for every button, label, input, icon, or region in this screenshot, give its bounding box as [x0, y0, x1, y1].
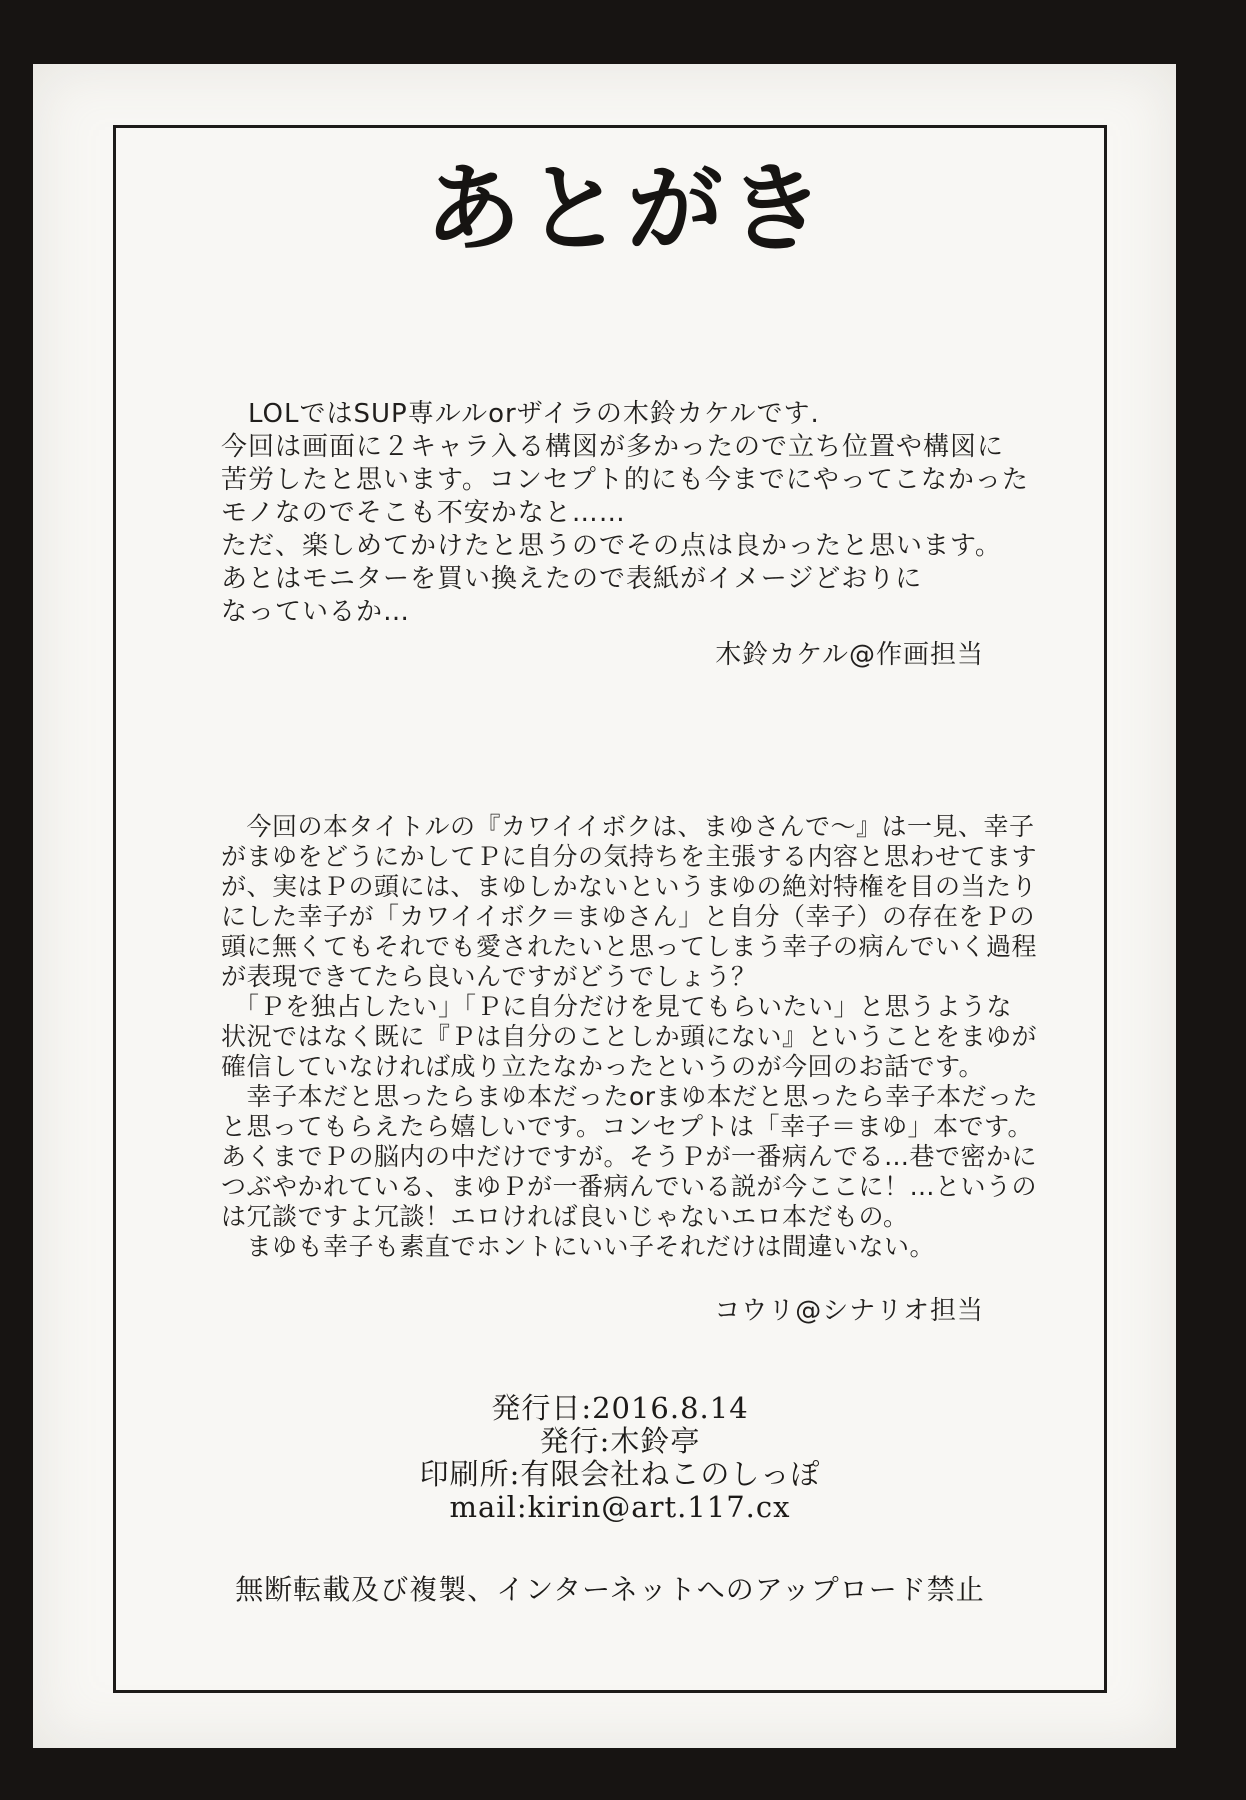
afterword-line: が、実はＰの頭には、まゆしかないというまゆの絶対特権を目の当たり — [221, 872, 1038, 902]
afterword-line: つぶやかれている、まゆＰが一番病んでいる説が今ここに！…というの — [221, 1172, 1038, 1202]
afterword-line: モノなのでそこも不安かなと…… — [221, 497, 1029, 530]
afterword-line: なっているか… — [221, 596, 1029, 629]
artist-signature: 木鈴カケル@作画担当 — [715, 634, 984, 671]
afterword-line: 今回は画面に２キャラ入る構図が多かったので立ち位置や構図に — [221, 431, 1029, 464]
afterword-line: あくまでＰの脳内の中だけですが。そうＰが一番病んでる…巷で密かに — [221, 1142, 1038, 1172]
page-title-wrap: あとがき — [116, 156, 1104, 262]
afterword-line: 苦労したと思います。コンセプト的にも今までにやってこなかった — [221, 464, 1029, 497]
afterword-line: LOLではSUP専ルルorザイラの木鈴カケルです. — [221, 398, 1029, 431]
afterword-line: がまゆをどうにかしてＰに自分の気持ちを主張する内容と思わせてます — [221, 842, 1038, 872]
afterword-line: 今回の本タイトルの『カワイイボクは、まゆさんで～』は一見、幸子 — [221, 812, 1038, 842]
afterword-line: 確信していなければ成り立たなかったというのが今回のお話です。 — [221, 1052, 1038, 1082]
afterword-line: は冗談ですよ冗談！エロければ良いじゃないエロ本だもの。 — [221, 1202, 1038, 1232]
paper-sheet: あとがき LOLではSUP専ルルorザイラの木鈴カケルです. 今回は画面に２キャ… — [33, 64, 1176, 1748]
afterword-line: ただ、楽しめてかけたと思うのでその点は良かったと思います。 — [221, 530, 1029, 563]
afterword-line: まゆも幸子も素直でホントにいい子それだけは間違いない。 — [221, 1232, 1038, 1262]
colophon-publisher: 発行:木鈴亭 — [136, 1425, 1104, 1458]
afterword-artist-paragraph: LOLではSUP専ルルorザイラの木鈴カケルです. 今回は画面に２キャラ入る構図… — [221, 398, 1029, 629]
afterword-line: にした幸子が「カワイイボク＝まゆさん」と自分（幸子）の存在をＰの — [221, 902, 1038, 932]
colophon: 発行日:2016.8.14 発行:木鈴亭 印刷所:有限会社ねこのしっぽ mail… — [116, 1392, 1104, 1524]
afterword-line: が表現できてたら良いんですがどうでしょう？ — [221, 962, 1038, 992]
afterword-line: 頭に無くてもそれでも愛されたいと思ってしまう幸子の病んでいく過程 — [221, 932, 1038, 962]
afterword-line: 状況ではなく既に『Ｐは自分のことしか頭にない』ということをまゆが — [221, 1022, 1038, 1052]
scenario-signature: コウリ@シナリオ担当 — [714, 1290, 984, 1327]
page-frame: あとがき LOLではSUP専ルルorザイラの木鈴カケルです. 今回は画面に２キャ… — [113, 125, 1107, 1693]
colophon-printer: 印刷所:有限会社ねこのしっぽ — [136, 1458, 1104, 1491]
afterword-line: と思ってもらえたら嬉しいです。コンセプトは「幸子＝まゆ」本です。 — [221, 1112, 1038, 1142]
colophon-mail: mail:kirin@art.117.cx — [136, 1491, 1104, 1524]
afterword-line: 「Ｐを独占したい」「Ｐに自分だけを見てもらいたい」と思うような — [221, 992, 1038, 1022]
afterword-scenario-paragraph: 今回の本タイトルの『カワイイボクは、まゆさんで～』は一見、幸子 がまゆをどうにか… — [221, 812, 1038, 1262]
reproduction-notice: 無断転載及び複製、インターネットへのアップロード禁止 — [116, 1568, 1104, 1608]
page-title: あとがき — [425, 152, 829, 265]
colophon-publish-date: 発行日:2016.8.14 — [136, 1392, 1104, 1425]
afterword-line: あとはモニターを買い換えたので表紙がイメージどおりに — [221, 563, 1029, 596]
afterword-line: 幸子本だと思ったらまゆ本だったorまゆ本だと思ったら幸子本だった — [221, 1082, 1038, 1112]
